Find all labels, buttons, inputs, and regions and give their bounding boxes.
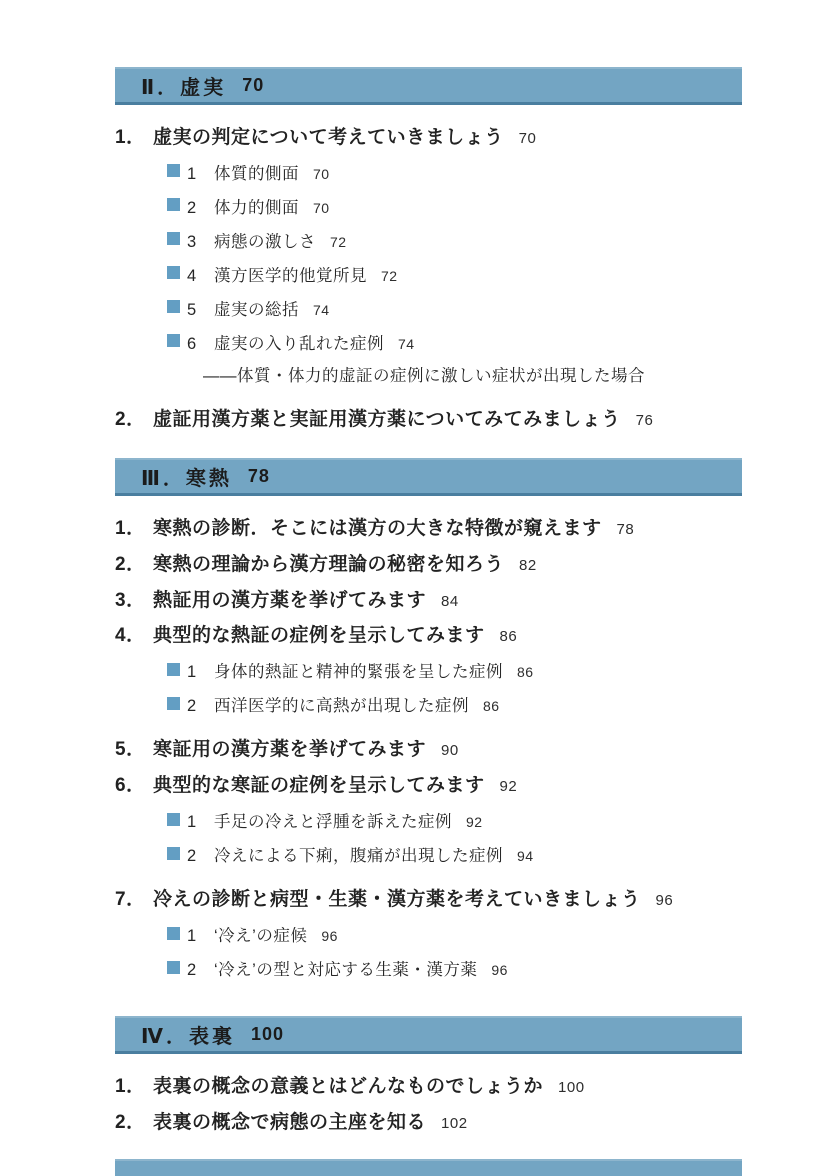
toc-section: Ⅱ．虚実 70 1． 虚実の判定について考えていきましょう 70 1 体質的側面…: [115, 67, 742, 431]
toc-item: 3． 熱証用の漢方薬を挙げてみます 84: [115, 591, 742, 612]
subitem-title: 漢方医学的他覚所見: [214, 262, 367, 286]
item-number: 4．: [115, 626, 153, 647]
toc-item-line: 2． 寒熱の理論から漢方理論の秘密を知ろう 82: [115, 555, 742, 576]
blue-square-bullet-icon: [167, 334, 180, 347]
item-title: 表裏の概念の意義とはどんなものでしょうか: [153, 1077, 543, 1098]
subitem-title: 体質的側面: [214, 160, 299, 184]
item-subitems: 1 ‘冷え’の症候 96 2 ‘冷え’の型と対応する生薬・漢方薬 96: [115, 911, 742, 989]
subitem-number: 4: [187, 267, 214, 286]
subitem-title: 体力的側面: [214, 194, 299, 218]
subitem-title: 虚実の入り乱れた症例: [214, 330, 384, 354]
item-number: 5．: [115, 740, 153, 761]
blue-square-bullet-icon: [167, 663, 180, 676]
subitem-number: 1: [187, 663, 214, 682]
section-items: 1． 表裏の概念の意義とはどんなものでしょうか 100 2． 表裏の概念で病態の…: [115, 1077, 742, 1134]
item-page-number: 84: [441, 594, 459, 611]
toc-item-line: 3． 熱証用の漢方薬を挙げてみます 84: [115, 591, 742, 612]
subitem-number: 2: [187, 199, 214, 218]
toc-item: 2． 虚証用漢方薬と実証用漢方薬についてみてみましょう 76: [115, 410, 742, 431]
blue-square-bullet-icon: [167, 961, 180, 974]
blue-square-bullet-icon: [167, 697, 180, 710]
toc-item-line: 1． 虚実の判定について考えていきましょう 70: [115, 128, 742, 149]
item-title: 冷えの診断と病型・生薬・漢方薬を考えていきましょう: [153, 890, 641, 911]
subitem-title: ‘冷え’の型と対応する生薬・漢方薬: [214, 956, 477, 980]
toc-subitem: 1 身体的熱証と精神的緊張を呈した症例 86: [167, 658, 742, 682]
item-title: 寒熱の理論から漢方理論の秘密を知ろう: [153, 555, 504, 576]
section-header-bar: Ⅱ．虚実 70: [115, 67, 742, 105]
toc-item: 1． 虚実の判定について考えていきましょう 70 1 体質的側面 70 2 体力…: [115, 128, 742, 395]
section-page-number: 70: [242, 75, 264, 96]
subitem-number: 2: [187, 961, 214, 980]
toc-item: 4． 典型的な熱証の症例を呈示してみます 86 1 身体的熱証と精神的緊張を呈し…: [115, 626, 742, 725]
item-title: 表裏の概念で病態の主座を知る: [153, 1113, 426, 1134]
toc-item-line: 5． 寒証用の漢方薬を挙げてみます 90: [115, 740, 742, 761]
toc-subitem: 4 漢方医学的他覚所見 72: [167, 262, 742, 286]
item-title: 寒熱の診断．そこには漢方の大きな特徴が窺えます: [153, 519, 602, 540]
blue-square-bullet-icon: [167, 300, 180, 313]
toc-item-line: 7． 冷えの診断と病型・生薬・漢方薬を考えていきましょう 96: [115, 890, 742, 911]
item-title: 典型的な寒証の症例を呈示してみます: [153, 776, 485, 797]
subitem-title: ‘冷え’の症候: [214, 922, 307, 946]
toc-subitem: 2 冷えによる下痢，腹痛が出現した症例 94: [167, 842, 742, 866]
subitem-note: ——体質・体力的虚証の症例に激しい症状が出現した場合: [203, 362, 742, 386]
toc-subitem: 1 体質的側面 70: [167, 160, 742, 184]
subitem-number: 1: [187, 165, 214, 184]
subitem-title: 病態の激しさ: [214, 228, 316, 252]
item-page-number: 102: [441, 1116, 468, 1133]
item-number: 2．: [115, 555, 153, 576]
blue-square-bullet-icon: [167, 164, 180, 177]
section-items: 1． 虚実の判定について考えていきましょう 70 1 体質的側面 70 2 体力…: [115, 128, 742, 431]
item-title: 寒証用の漢方薬を挙げてみます: [153, 740, 426, 761]
toc-subitem: 2 西洋医学的に高熱が出現した症例 86: [167, 692, 742, 716]
toc-subitem: 1 手足の冷えと浮腫を訴えた症例 92: [167, 808, 742, 832]
toc-subitem: 6 虚実の入り乱れた症例 74: [167, 330, 742, 354]
item-number: 6．: [115, 776, 153, 797]
toc-item: 1． 寒熱の診断．そこには漢方の大きな特徴が窺えます 78: [115, 519, 742, 540]
toc-subitem: 1 ‘冷え’の症候 96: [167, 922, 742, 946]
item-number: 7．: [115, 890, 153, 911]
subitem-number: 2: [187, 697, 214, 716]
subitem-title: 身体的熱証と精神的緊張を呈した症例: [214, 658, 503, 682]
blue-square-bullet-icon: [167, 813, 180, 826]
subitem-page-number: 72: [330, 234, 347, 250]
section-header-bar: Ⅳ．表裏 100: [115, 1016, 742, 1054]
section-items: 1． 寒熱の診断．そこには漢方の大きな特徴が窺えます 78 2． 寒熱の理論から…: [115, 519, 742, 989]
item-subitems: 1 身体的熱証と精神的緊張を呈した症例 86 2 西洋医学的に高熱が出現した症例…: [115, 647, 742, 725]
subitem-number: 2: [187, 847, 214, 866]
section-title: Ⅳ．表裏: [141, 1020, 235, 1049]
subitem-page-number: 70: [313, 200, 330, 216]
item-page-number: 70: [519, 131, 537, 148]
toc-item: 1． 表裏の概念の意義とはどんなものでしょうか 100: [115, 1077, 742, 1098]
subitem-page-number: 70: [313, 166, 330, 182]
item-page-number: 90: [441, 743, 459, 760]
toc-page: Ⅱ．虚実 70 1． 虚実の判定について考えていきましょう 70 1 体質的側面…: [0, 0, 830, 1176]
item-page-number: 100: [558, 1080, 585, 1097]
toc-item: 2． 表裏の概念で病態の主座を知る 102: [115, 1113, 742, 1134]
subitem-page-number: 96: [491, 962, 508, 978]
item-number: 3．: [115, 591, 153, 612]
toc-item-line: 2． 虚証用漢方薬と実証用漢方薬についてみてみましょう 76: [115, 410, 742, 431]
blue-square-bullet-icon: [167, 847, 180, 860]
blue-square-bullet-icon: [167, 266, 180, 279]
toc-item: 2． 寒熱の理論から漢方理論の秘密を知ろう 82: [115, 555, 742, 576]
item-number: 2．: [115, 410, 153, 431]
toc-subitem: 3 病態の激しさ 72: [167, 228, 742, 252]
item-number: 1．: [115, 1077, 153, 1098]
item-page-number: 86: [500, 629, 518, 646]
subitem-page-number: 92: [466, 814, 483, 830]
toc-section: Ⅲ．寒熱 78 1． 寒熱の診断．そこには漢方の大きな特徴が窺えます 78 2．…: [115, 458, 742, 989]
toc-content: Ⅱ．虚実 70 1． 虚実の判定について考えていきましょう 70 1 体質的側面…: [115, 0, 742, 1134]
subitem-title: 虚実の総括: [214, 296, 299, 320]
toc-item-line: 2． 表裏の概念で病態の主座を知る 102: [115, 1113, 742, 1134]
item-page-number: 76: [636, 413, 654, 430]
subitem-number: 6: [187, 335, 214, 354]
section-title: Ⅲ．寒熱: [141, 462, 232, 491]
item-page-number: 82: [519, 558, 537, 575]
subitem-page-number: 72: [381, 268, 398, 284]
subitem-page-number: 74: [398, 336, 415, 352]
item-number: 2．: [115, 1113, 153, 1134]
subitem-page-number: 74: [313, 302, 330, 318]
toc-item-line: 1． 寒熱の診断．そこには漢方の大きな特徴が窺えます 78: [115, 519, 742, 540]
subitem-number: 1: [187, 813, 214, 832]
toc-item: 6． 典型的な寒証の症例を呈示してみます 92 1 手足の冷えと浮腫を訴えた症例…: [115, 776, 742, 875]
subitem-number: 3: [187, 233, 214, 252]
subitem-number: 1: [187, 927, 214, 946]
next-section-header-bar-partial: [115, 1159, 742, 1176]
section-header-bar: Ⅲ．寒熱 78: [115, 458, 742, 496]
item-number: 1．: [115, 128, 153, 149]
subitem-page-number: 86: [483, 698, 500, 714]
toc-subitem: 5 虚実の総括 74: [167, 296, 742, 320]
subitem-title: 冷えによる下痢，腹痛が出現した症例: [214, 842, 503, 866]
item-page-number: 78: [617, 522, 635, 539]
subitem-number: 5: [187, 301, 214, 320]
subitem-page-number: 86: [517, 664, 534, 680]
item-title: 虚証用漢方薬と実証用漢方薬についてみてみましょう: [153, 410, 621, 431]
subitem-title: 手足の冷えと浮腫を訴えた症例: [214, 808, 452, 832]
toc-item-line: 6． 典型的な寒証の症例を呈示してみます 92: [115, 776, 742, 797]
toc-subitem: 2 体力的側面 70: [167, 194, 742, 218]
section-page-number: 78: [248, 466, 270, 487]
toc-item-line: 1． 表裏の概念の意義とはどんなものでしょうか 100: [115, 1077, 742, 1098]
item-subitems: 1 体質的側面 70 2 体力的側面 70 3 病態の激しさ 72 4 漢方医学…: [115, 149, 742, 395]
toc-subitem: 2 ‘冷え’の型と対応する生薬・漢方薬 96: [167, 956, 742, 980]
item-number: 1．: [115, 519, 153, 540]
blue-square-bullet-icon: [167, 232, 180, 245]
toc-section: Ⅳ．表裏 100 1． 表裏の概念の意義とはどんなものでしょうか 100 2． …: [115, 1016, 742, 1134]
item-page-number: 92: [500, 779, 518, 796]
item-title: 熱証用の漢方薬を挙げてみます: [153, 591, 426, 612]
subitem-title: 西洋医学的に高熱が出現した症例: [214, 692, 469, 716]
subitem-page-number: 96: [321, 928, 338, 944]
toc-item: 7． 冷えの診断と病型・生薬・漢方薬を考えていきましょう 96 1 ‘冷え’の症…: [115, 890, 742, 989]
section-page-number: 100: [251, 1024, 284, 1045]
item-page-number: 96: [656, 893, 674, 910]
blue-square-bullet-icon: [167, 927, 180, 940]
subitem-page-number: 94: [517, 848, 534, 864]
item-title: 虚実の判定について考えていきましょう: [153, 128, 504, 149]
blue-square-bullet-icon: [167, 198, 180, 211]
section-title: Ⅱ．虚実: [141, 71, 226, 100]
toc-item-line: 4． 典型的な熱証の症例を呈示してみます 86: [115, 626, 742, 647]
item-subitems: 1 手足の冷えと浮腫を訴えた症例 92 2 冷えによる下痢，腹痛が出現した症例 …: [115, 797, 742, 875]
toc-item: 5． 寒証用の漢方薬を挙げてみます 90: [115, 740, 742, 761]
item-title: 典型的な熱証の症例を呈示してみます: [153, 626, 485, 647]
